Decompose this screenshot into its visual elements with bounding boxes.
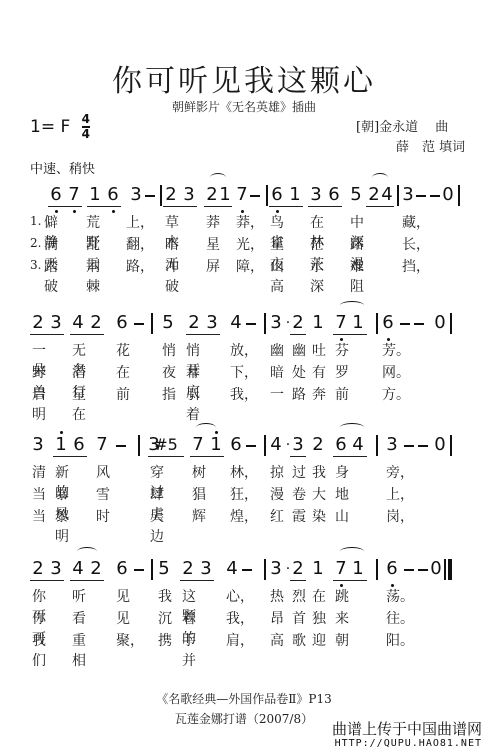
note: 3 [310,184,322,206]
note: 1 [89,184,101,206]
note: 2 [165,184,177,206]
song-subtitle: 朝鲜影片《无名英雄》插曲 [0,98,488,115]
note: 6 [107,184,119,206]
note: 2 [206,184,218,206]
tempo-marking: 中速、稍快 [30,158,95,177]
time-signature: 4 4 [82,114,90,140]
note: 2 [368,184,380,206]
note: 7 [236,184,248,206]
note: 6 [50,184,62,206]
lyricist-credit: 薛 范 填词 [396,136,465,155]
note: 6 [328,184,340,206]
song-title: 你可听见我这颗心 [0,56,488,100]
note: 1 [219,184,231,206]
watermark-text: 曲谱上传于中国曲谱网 [332,718,482,739]
key-signature: 1= F 4 4 [30,114,90,140]
note: 7 [68,184,80,206]
composer-credit: [朝]金永道 曲 [356,116,448,135]
key-label: 1= F [30,117,70,137]
note: 5 [350,184,362,206]
source-reference: 《名歌经典—外国作品卷Ⅱ》P13 [0,690,488,707]
watermark-url[interactable]: HTTP://QUPU.HAO81.NET [335,738,482,749]
note: 3 [183,184,195,206]
note: 6 [271,184,283,206]
note: 4 [381,184,393,206]
note: 3 [402,184,414,206]
note: 1 [289,184,301,206]
note: 0 [442,184,454,206]
note: 3 [130,184,142,206]
time-sig-top: 4 [82,114,90,125]
time-sig-bottom: 4 [82,129,90,140]
